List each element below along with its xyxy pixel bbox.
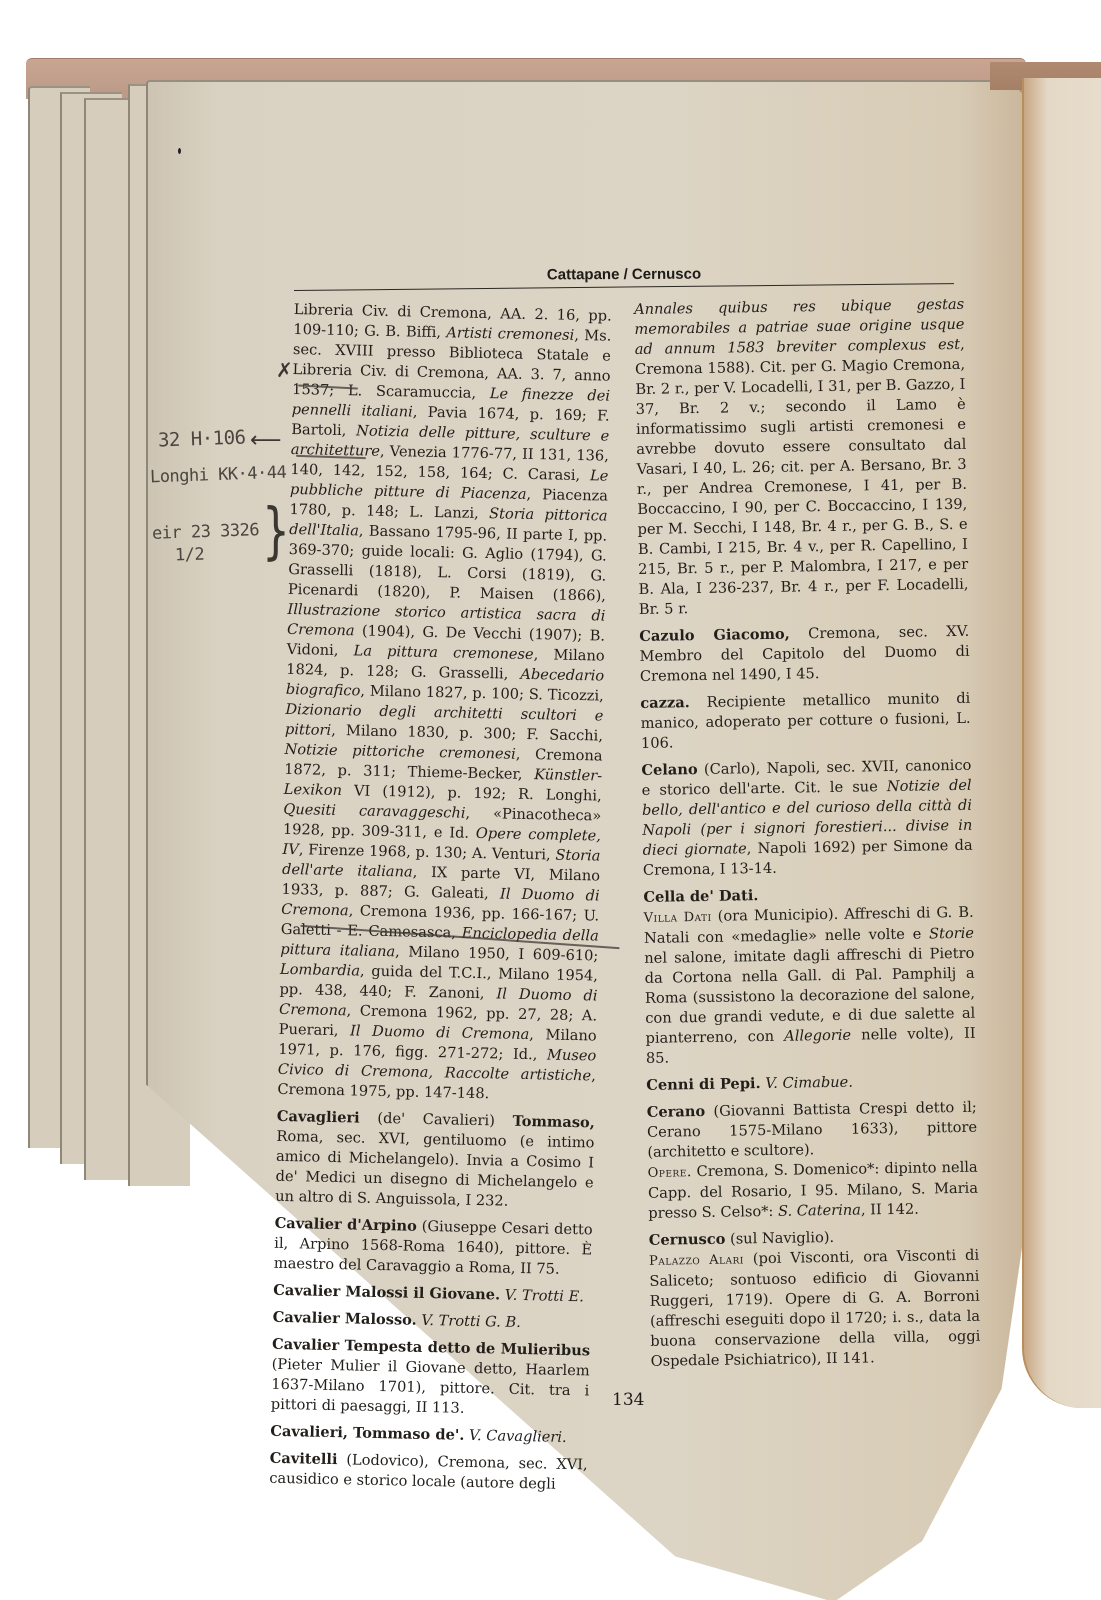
- entry-celano: Celano (Carlo), Napoli, sec. XVII, canon…: [641, 756, 973, 881]
- entry-cavitelli: Cavitelli (Lodovico), Cremona, sec. XVI,…: [269, 1449, 588, 1496]
- entry-cavalier-malosso: Cavalier Malosso. V. Trotti G. B.: [272, 1308, 590, 1335]
- entry-cavalieri-tommaso: Cavalieri, Tommaso de'. V. Cavaglieri.: [270, 1422, 588, 1449]
- pencil-x-mark-icon: ✗: [276, 358, 293, 382]
- entry-cavalier-tempesta: Cavalier Tempesta detto de Mulieribus (P…: [271, 1335, 591, 1422]
- entry-cerano: Cerano (Giovanni Battista Crespi detto i…: [647, 1098, 979, 1224]
- right-column: Annales quibus res ubique gestas memorab…: [634, 295, 981, 1379]
- facing-page-curl: [1022, 78, 1101, 1408]
- entry-cazulo-giacomo: Cazulo Giacomo, Cremona, sec. XV. Membro…: [639, 622, 970, 687]
- entry-cazza: cazza. Recipiente metallico munito di ma…: [640, 689, 971, 754]
- entry-cella-de-dati: Cella de' Dati.Villa Dati (ora Municipio…: [643, 883, 976, 1069]
- entry-cavalier-d-arpino: Cavalier d'Arpino (Giuseppe Cesari detto…: [274, 1214, 593, 1281]
- handwritten-shelfmark-4: 1/2: [175, 544, 205, 565]
- entry-cavalier-malossi: Cavalier Malossi il Giovane. V. Trotti E…: [273, 1281, 591, 1308]
- running-head: Cattapane / Cernusco: [296, 264, 952, 284]
- handwritten-shelfmark-3: eir 23 3326: [152, 520, 260, 544]
- pencil-arrow-icon: ⟵: [250, 428, 282, 453]
- page-number: 134: [612, 1390, 644, 1410]
- entry-cavaglieri: Cavaglieri (de' Cavalieri) Tommaso, Roma…: [275, 1107, 595, 1214]
- entry-cavitelli-continuation: Annales quibus res ubique gestas memorab…: [634, 295, 969, 620]
- entry-cenni-di-pepi: Cenni di Pepi. V. Cimabue.: [646, 1071, 976, 1096]
- bibliography-continuation: Libreria Civ. di Cremona, AA. 2. 16, pp.…: [277, 300, 612, 1106]
- ink-spot: [178, 148, 181, 154]
- entry-cernusco: Cernusco (sul Naviglio).Palazzo Alari (p…: [649, 1226, 981, 1372]
- pencil-brace-icon: }: [262, 496, 290, 567]
- left-column: Libreria Civ. di Cremona, AA. 2. 16, pp.…: [269, 300, 612, 1502]
- handwritten-shelfmark-1: 32 H·106: [158, 426, 246, 451]
